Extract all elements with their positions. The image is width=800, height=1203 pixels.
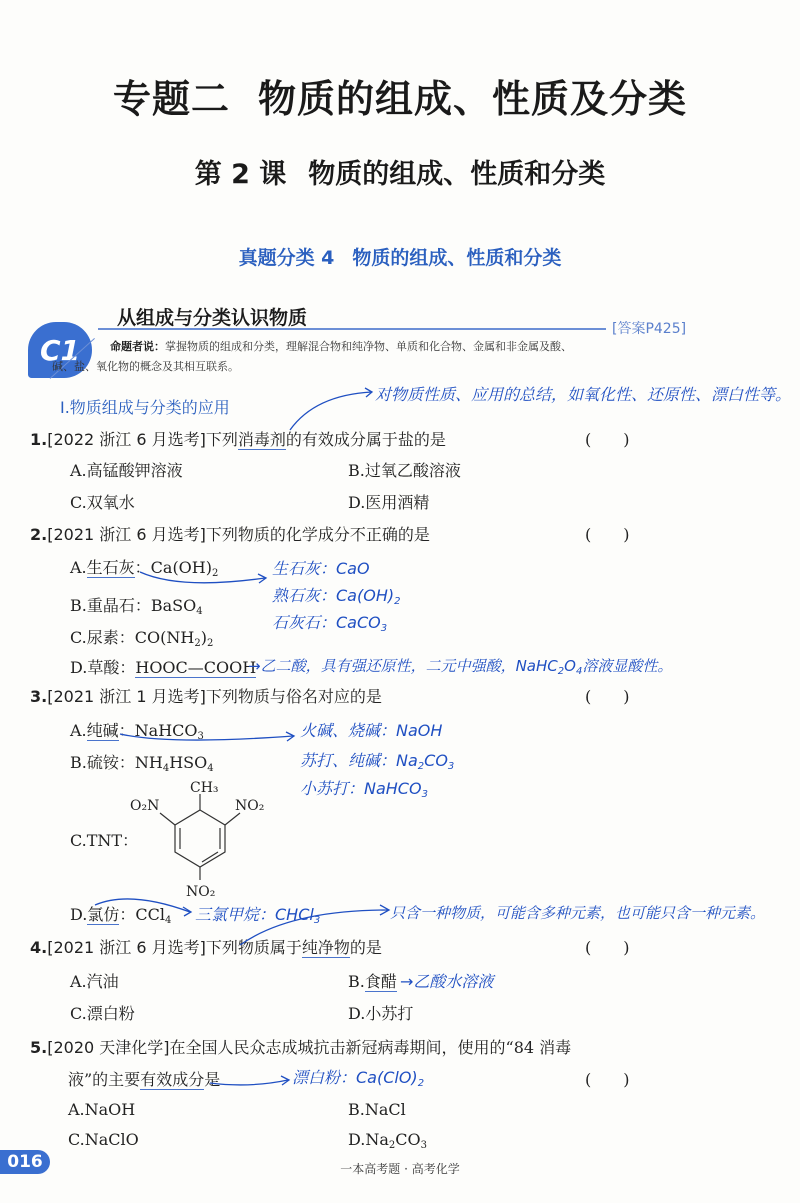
option-label: A. [70,558,87,577]
option-b[interactable]: B.NaCl [348,1100,406,1119]
underlined-term: 纯净物 [302,938,350,958]
underlined-term: 消毒剂 [238,430,286,450]
subscript: 3 [448,761,454,772]
subscript: 4 [165,915,171,926]
handwritten-note-baking-soda: 小苏打：NaHCO3 [300,776,428,800]
handwritten-note-caustic-soda: 火碱、烧碱：NaOH [300,718,442,741]
book-title: 一本高考题 · 高考化学 [0,1160,800,1177]
option-text: HSO [169,753,207,772]
option-b[interactable]: B.过氧乙酸溶液 [348,458,461,481]
underlined-term: 生石灰 [87,558,135,578]
option-label: D. [70,905,87,924]
question-5: 5.[2020 天津化学]在全国人民众志成城抗击新冠病毒期间，使用的“84 消毒 [30,1035,571,1058]
underlined-term: 有效成分 [140,1070,204,1090]
handwritten-note-vinegar: →乙酸水溶液 [400,969,493,992]
question-2: 2.[2021 浙江 6 月选考]下列物质的化学成分不正确的是 [30,522,430,545]
option-a[interactable]: A.纯碱：NaHCO3 [70,718,204,742]
subscript: 4 [196,606,202,617]
question-number: 4. [30,938,47,957]
option-c[interactable]: C.双氧水 [70,490,135,513]
subscript: 3 [421,1140,427,1151]
tnt-structure-diagram: CH₃ O₂N NO₂ NO₂ [130,780,290,900]
stem-text: 的有效成分属于盐的是 [286,430,446,449]
option-d[interactable]: D.医用酒精 [348,490,429,513]
note-text: 石灰石：CaCO [272,613,381,632]
note-text: CO [424,751,448,770]
option-c[interactable]: C.TNT： [70,828,138,851]
underlined-term: HOOC—COOH [135,658,256,678]
category-prefix: 真题分类 4 [239,247,335,269]
option-text: ：Ca(OH) [135,558,212,577]
question-3: 3.[2021 浙江 1 月选考]下列物质与俗名对应的是 [30,684,382,707]
note-text: 苏打、纯碱：Na [300,751,418,770]
topic-title: 专题二物质的组成、性质及分类 [0,68,800,123]
subscript: 4 [207,763,213,774]
option-a[interactable]: A.生石灰：Ca(OH)2 [70,555,218,579]
option-d[interactable]: D.Na2CO3 [348,1130,427,1151]
subscript: 2 [418,1078,424,1089]
section-divider [98,328,606,330]
note-text: 小苏打：NaHCO [300,779,422,798]
category-title: 真题分类 4物质的组成、性质和分类 [0,243,800,270]
arrow-disinfectant [290,392,372,430]
arrow-effective-component [210,1080,288,1085]
topic-name: 物质的组成、性质及分类 [258,77,687,121]
option-b[interactable]: B.硫铵：NH4HSO4 [70,750,214,774]
stem-text: 在全国人民众志成城抗击新冠病毒期间，使用的“84 消毒 [170,1038,572,1057]
lesson-prefix: 第 2 课 [195,159,287,190]
stem-text: 液”的主要 [68,1070,140,1089]
option-label: A. [70,721,87,740]
tnt-ch3: CH₃ [190,780,219,796]
subscript: 3 [314,915,320,926]
question-source: [2022 浙江 6 月选考] [47,430,206,449]
option-text: ：NaHCO [119,721,198,740]
question-source: [2021 浙江 6 月选考] [47,938,206,957]
lesson-name: 物质的组成、性质和分类 [308,159,605,190]
answer-reference[interactable]: [答案P425] [612,318,686,338]
option-b[interactable]: B.食醋 [348,969,397,992]
stem-text: 下列物质属于 [206,938,302,957]
proposer-note: 命题者说：掌握物质的组成和分类，理解混合物和纯净物、单质和化合物、金属和非金属及… [110,336,670,358]
tnt-o2n-left: O₂N [130,798,159,814]
option-text: B.硫铵：NH [70,753,163,772]
question-5-line2: 液”的主要有效成分是 [68,1067,220,1090]
option-label: B. [348,972,365,991]
answer-blank[interactable]: ( ) [585,935,630,958]
option-c[interactable]: C.漂白粉 [70,1001,135,1024]
handwritten-note-chloroform: 三氯甲烷：CHCl3 [195,902,320,926]
note-text: 三氯甲烷：CHCl [195,905,314,924]
question-source: [2021 浙江 6 月选考] [47,525,206,544]
option-text: B.重晶石：BaSO [70,596,196,615]
category-name: 物质的组成、性质和分类 [352,247,561,269]
option-text: CO [395,1130,420,1149]
option-a[interactable]: A.NaOH [68,1100,135,1119]
question-4: 4.[2021 浙江 6 月选考]下列物质属于纯净物的是 [30,935,382,958]
subsection-title: Ⅰ.物质组成与分类的应用 [60,395,230,418]
question-number: 3. [30,687,47,706]
underlined-term: 食醋 [365,972,397,992]
option-text: D.草酸： [70,658,135,677]
option-c[interactable]: C.NaClO [68,1130,139,1149]
handwritten-note-properties: 对物质性质、应用的总结，如氧化性、还原性、漂白性等。 [375,382,791,405]
stem-text: 的是 [350,938,382,957]
stem-text: 下列 [206,430,238,449]
section-title: 从组成与分类认识物质 [117,303,307,330]
question-number: 1. [30,430,47,449]
answer-blank[interactable]: ( ) [585,1067,630,1090]
subscript: 3 [381,623,387,634]
question-number: 5. [30,1038,47,1057]
underlined-term: 纯碱 [87,721,119,741]
subscript: 2 [394,596,400,607]
handwritten-note-pure-substance: 只含一种物质，可能含多种元素，也可能只含一种元素。 [390,902,765,923]
question-1: 1.[2022 浙江 6 月选考]下列消毒剂的有效成分属于盐的是 [30,427,446,450]
subscript: 2 [207,638,213,649]
stem-text: 是 [204,1070,220,1089]
note-text: 漂白粉：Ca(ClO) [292,1068,418,1087]
handwritten-note-quicklime: 生石灰：CaO [272,556,370,579]
handwritten-note-soda-ash: 苏打、纯碱：Na2CO3 [300,748,454,772]
stem-text: 下列物质与俗名对应的是 [206,687,382,706]
stem-text: 下列物质的化学成分不正确的是 [206,525,430,544]
option-b[interactable]: B.重晶石：BaSO4 [70,593,203,617]
option-text: ：CCl [119,905,165,924]
option-text: C.尿素：CO(NH [70,628,194,647]
question-source: [2020 天津化学] [47,1038,169,1057]
note-text: 熟石灰：Ca(OH) [272,586,394,605]
question-source: [2021 浙江 1 月选考] [47,687,206,706]
proposer-label: 命题者说： [110,340,165,353]
underlined-term: 氯仿 [87,905,119,925]
handwritten-note-bleaching-powder: 漂白粉：Ca(ClO)2 [292,1065,424,1089]
option-text: D.Na [348,1130,389,1149]
tnt-no2-right: NO₂ [235,798,264,814]
note-text: O [564,657,576,675]
proposer-text: 掌握物质的组成和分类，理解混合物和纯净物、单质和化合物、金属和非金属及酸、 [165,340,572,353]
subscript: 2 [212,568,218,579]
option-d[interactable]: D.小苏打 [348,1001,413,1024]
answer-blank[interactable]: ( ) [585,684,630,707]
answer-blank[interactable]: ( ) [585,522,630,545]
option-d[interactable]: D.草酸：HOOC—COOH [70,655,256,678]
answer-blank[interactable]: ( ) [585,427,630,450]
note-text: →乙二酸，具有强还原性，二元中强酸，NaHC [248,657,558,675]
option-a[interactable]: A.汽油 [70,969,119,992]
subscript: 3 [422,789,428,800]
lesson-title: 第 2 课物质的组成、性质和分类 [0,152,800,191]
option-d[interactable]: D.氯仿：CCl4 [70,902,171,926]
tnt-no2-bottom: NO₂ [186,884,215,900]
topic-prefix: 专题二 [113,77,230,121]
handwritten-note-limestone: 石灰石：CaCO3 [272,610,387,634]
handwritten-note-oxalic: →乙二酸，具有强还原性，二元中强酸，NaHC2O4溶液显酸性。 [248,655,672,677]
option-c[interactable]: C.尿素：CO(NH2)2 [70,625,213,649]
proposer-note-line2: 碱、盐、氧化物的概念及其相互联系。 [52,358,239,374]
subscript: 3 [198,731,204,742]
question-number: 2. [30,525,47,544]
option-a[interactable]: A.高锰酸钾溶液 [70,458,183,481]
handwritten-note-slakedlime: 熟石灰：Ca(OH)2 [272,583,400,607]
note-text: 溶液显酸性。 [582,657,672,675]
